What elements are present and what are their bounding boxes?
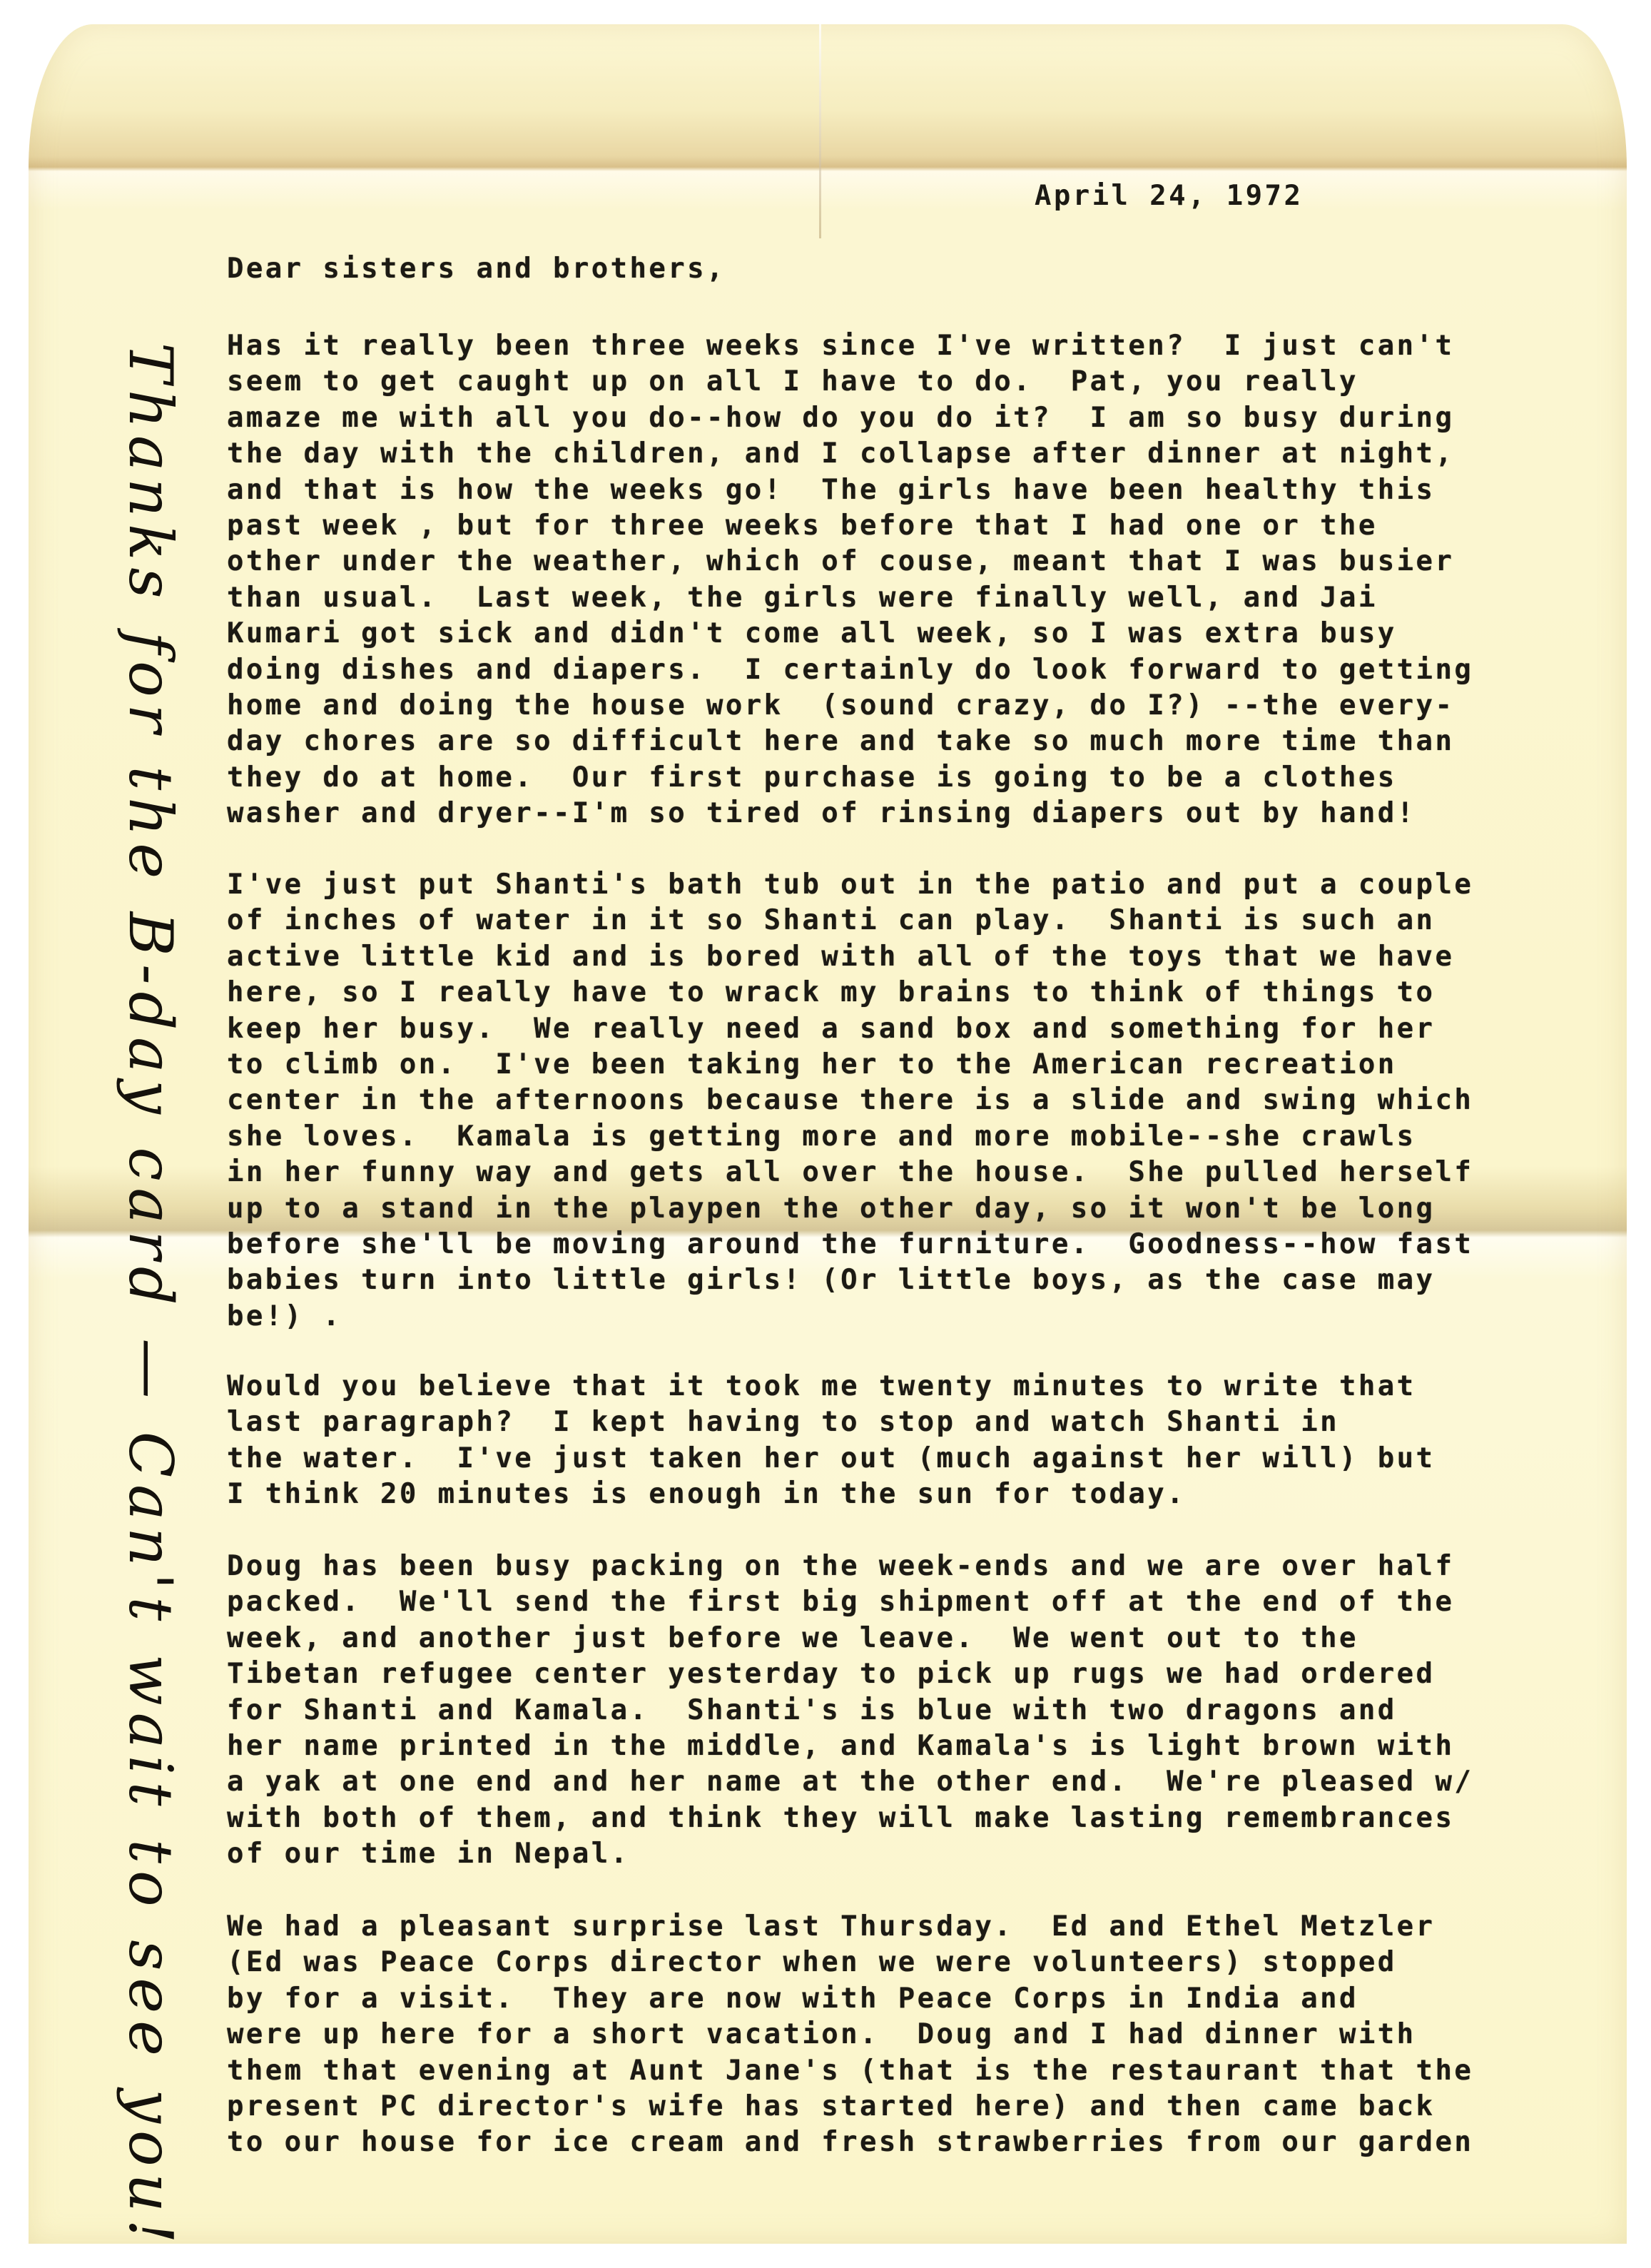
text-line: week, and another just before we leave. … bbox=[227, 1621, 1632, 1656]
text-line: by for a visit. They are now with Peace … bbox=[227, 1981, 1632, 2017]
text-line: active little kid and is bored with all … bbox=[227, 939, 1632, 975]
text-line: the day with the children, and I collaps… bbox=[227, 436, 1632, 472]
text-line: present PC director's wife has started h… bbox=[227, 2089, 1632, 2125]
text-line: home and doing the house work (sound cra… bbox=[227, 688, 1632, 724]
paragraph-5: We had a pleasant surprise last Thursday… bbox=[227, 1909, 1632, 2161]
text-line: packed. We'll send the first big shipmen… bbox=[227, 1584, 1632, 1620]
text-line: to our house for ice cream and fresh str… bbox=[227, 2125, 1632, 2160]
text-line: Has it really been three weeks since I'v… bbox=[227, 328, 1632, 364]
text-line: other under the weather, which of couse,… bbox=[227, 544, 1632, 579]
text-line: Tibetan refugee center yesterday to pick… bbox=[227, 1656, 1632, 1692]
text-line: and that is how the weeks go! The girls … bbox=[227, 472, 1632, 508]
text-line: doing dishes and diapers. I certainly do… bbox=[227, 652, 1632, 688]
text-line: washer and dryer--I'm so tired of rinsin… bbox=[227, 796, 1632, 831]
text-line: past week , but for three weeks before t… bbox=[227, 508, 1632, 544]
text-line: babies turn into little girls! (Or littl… bbox=[227, 1262, 1632, 1298]
text-line: I think 20 minutes is enough in the sun … bbox=[227, 1477, 1632, 1512]
text-line: of our time in Nepal. bbox=[227, 1836, 1632, 1872]
text-line: Kumari got sick and didn't come all week… bbox=[227, 616, 1632, 652]
text-line: be!) . bbox=[227, 1299, 1632, 1335]
text-line: (Ed was Peace Corps director when we wer… bbox=[227, 1945, 1632, 1980]
text-line: she loves. Kamala is getting more and mo… bbox=[227, 1119, 1632, 1155]
text-line: up to a stand in the playpen the other d… bbox=[227, 1191, 1632, 1227]
text-line: they do at home. Our first purchase is g… bbox=[227, 760, 1632, 796]
text-line: Doug has been busy packing on the week-e… bbox=[227, 1549, 1632, 1584]
text-line: center in the afternoons because there i… bbox=[227, 1083, 1632, 1118]
text-line: day chores are so difficult here and tak… bbox=[227, 724, 1632, 759]
paragraph-2: I've just put Shanti's bath tub out in t… bbox=[227, 867, 1632, 1335]
text-line: of inches of water in it so Shanti can p… bbox=[227, 903, 1632, 938]
text-line: Would you believe that it took me twenty… bbox=[227, 1369, 1632, 1404]
handwritten-margin-note: Thanks for the B-day card — Can't wait t… bbox=[116, 343, 186, 2250]
letter-date: April 24, 1972 bbox=[1035, 180, 1303, 212]
text-line: the water. I've just taken her out (much… bbox=[227, 1441, 1632, 1477]
text-line: than usual. Last week, the girls were fi… bbox=[227, 580, 1632, 616]
salutation: Dear sisters and brothers, bbox=[227, 251, 1632, 287]
text-line: to climb on. I've been taking her to the… bbox=[227, 1047, 1632, 1083]
text-line: here, so I really have to wrack my brain… bbox=[227, 975, 1632, 1011]
text-line: them that evening at Aunt Jane's (that i… bbox=[227, 2053, 1632, 2089]
text-line: a yak at one end and her name at the oth… bbox=[227, 1764, 1632, 1800]
text-line: in her funny way and gets all over the h… bbox=[227, 1155, 1632, 1190]
paragraph-3: Would you believe that it took me twenty… bbox=[227, 1369, 1632, 1513]
text-line: seem to get caught up on all I have to d… bbox=[227, 364, 1632, 400]
paragraph-4: Doug has been busy packing on the week-e… bbox=[227, 1549, 1632, 1873]
text-line: were up here for a short vacation. Doug … bbox=[227, 2017, 1632, 2052]
text-line: her name printed in the middle, and Kama… bbox=[227, 1728, 1632, 1764]
text-line: with both of them, and think they will m… bbox=[227, 1801, 1632, 1836]
paper-crease bbox=[819, 24, 821, 238]
text-line: keep her busy. We really need a sand box… bbox=[227, 1011, 1632, 1047]
paragraph-1: Has it really been three weeks since I'v… bbox=[227, 328, 1632, 831]
text-line: I've just put Shanti's bath tub out in t… bbox=[227, 867, 1632, 903]
text-line: for Shanti and Kamala. Shanti's is blue … bbox=[227, 1693, 1632, 1728]
text-line: before she'll be moving around the furni… bbox=[227, 1227, 1632, 1262]
text-line: amaze me with all you do--how do you do … bbox=[227, 400, 1632, 436]
text-line: last paragraph? I kept having to stop an… bbox=[227, 1404, 1632, 1440]
text-line: We had a pleasant surprise last Thursday… bbox=[227, 1909, 1632, 1945]
